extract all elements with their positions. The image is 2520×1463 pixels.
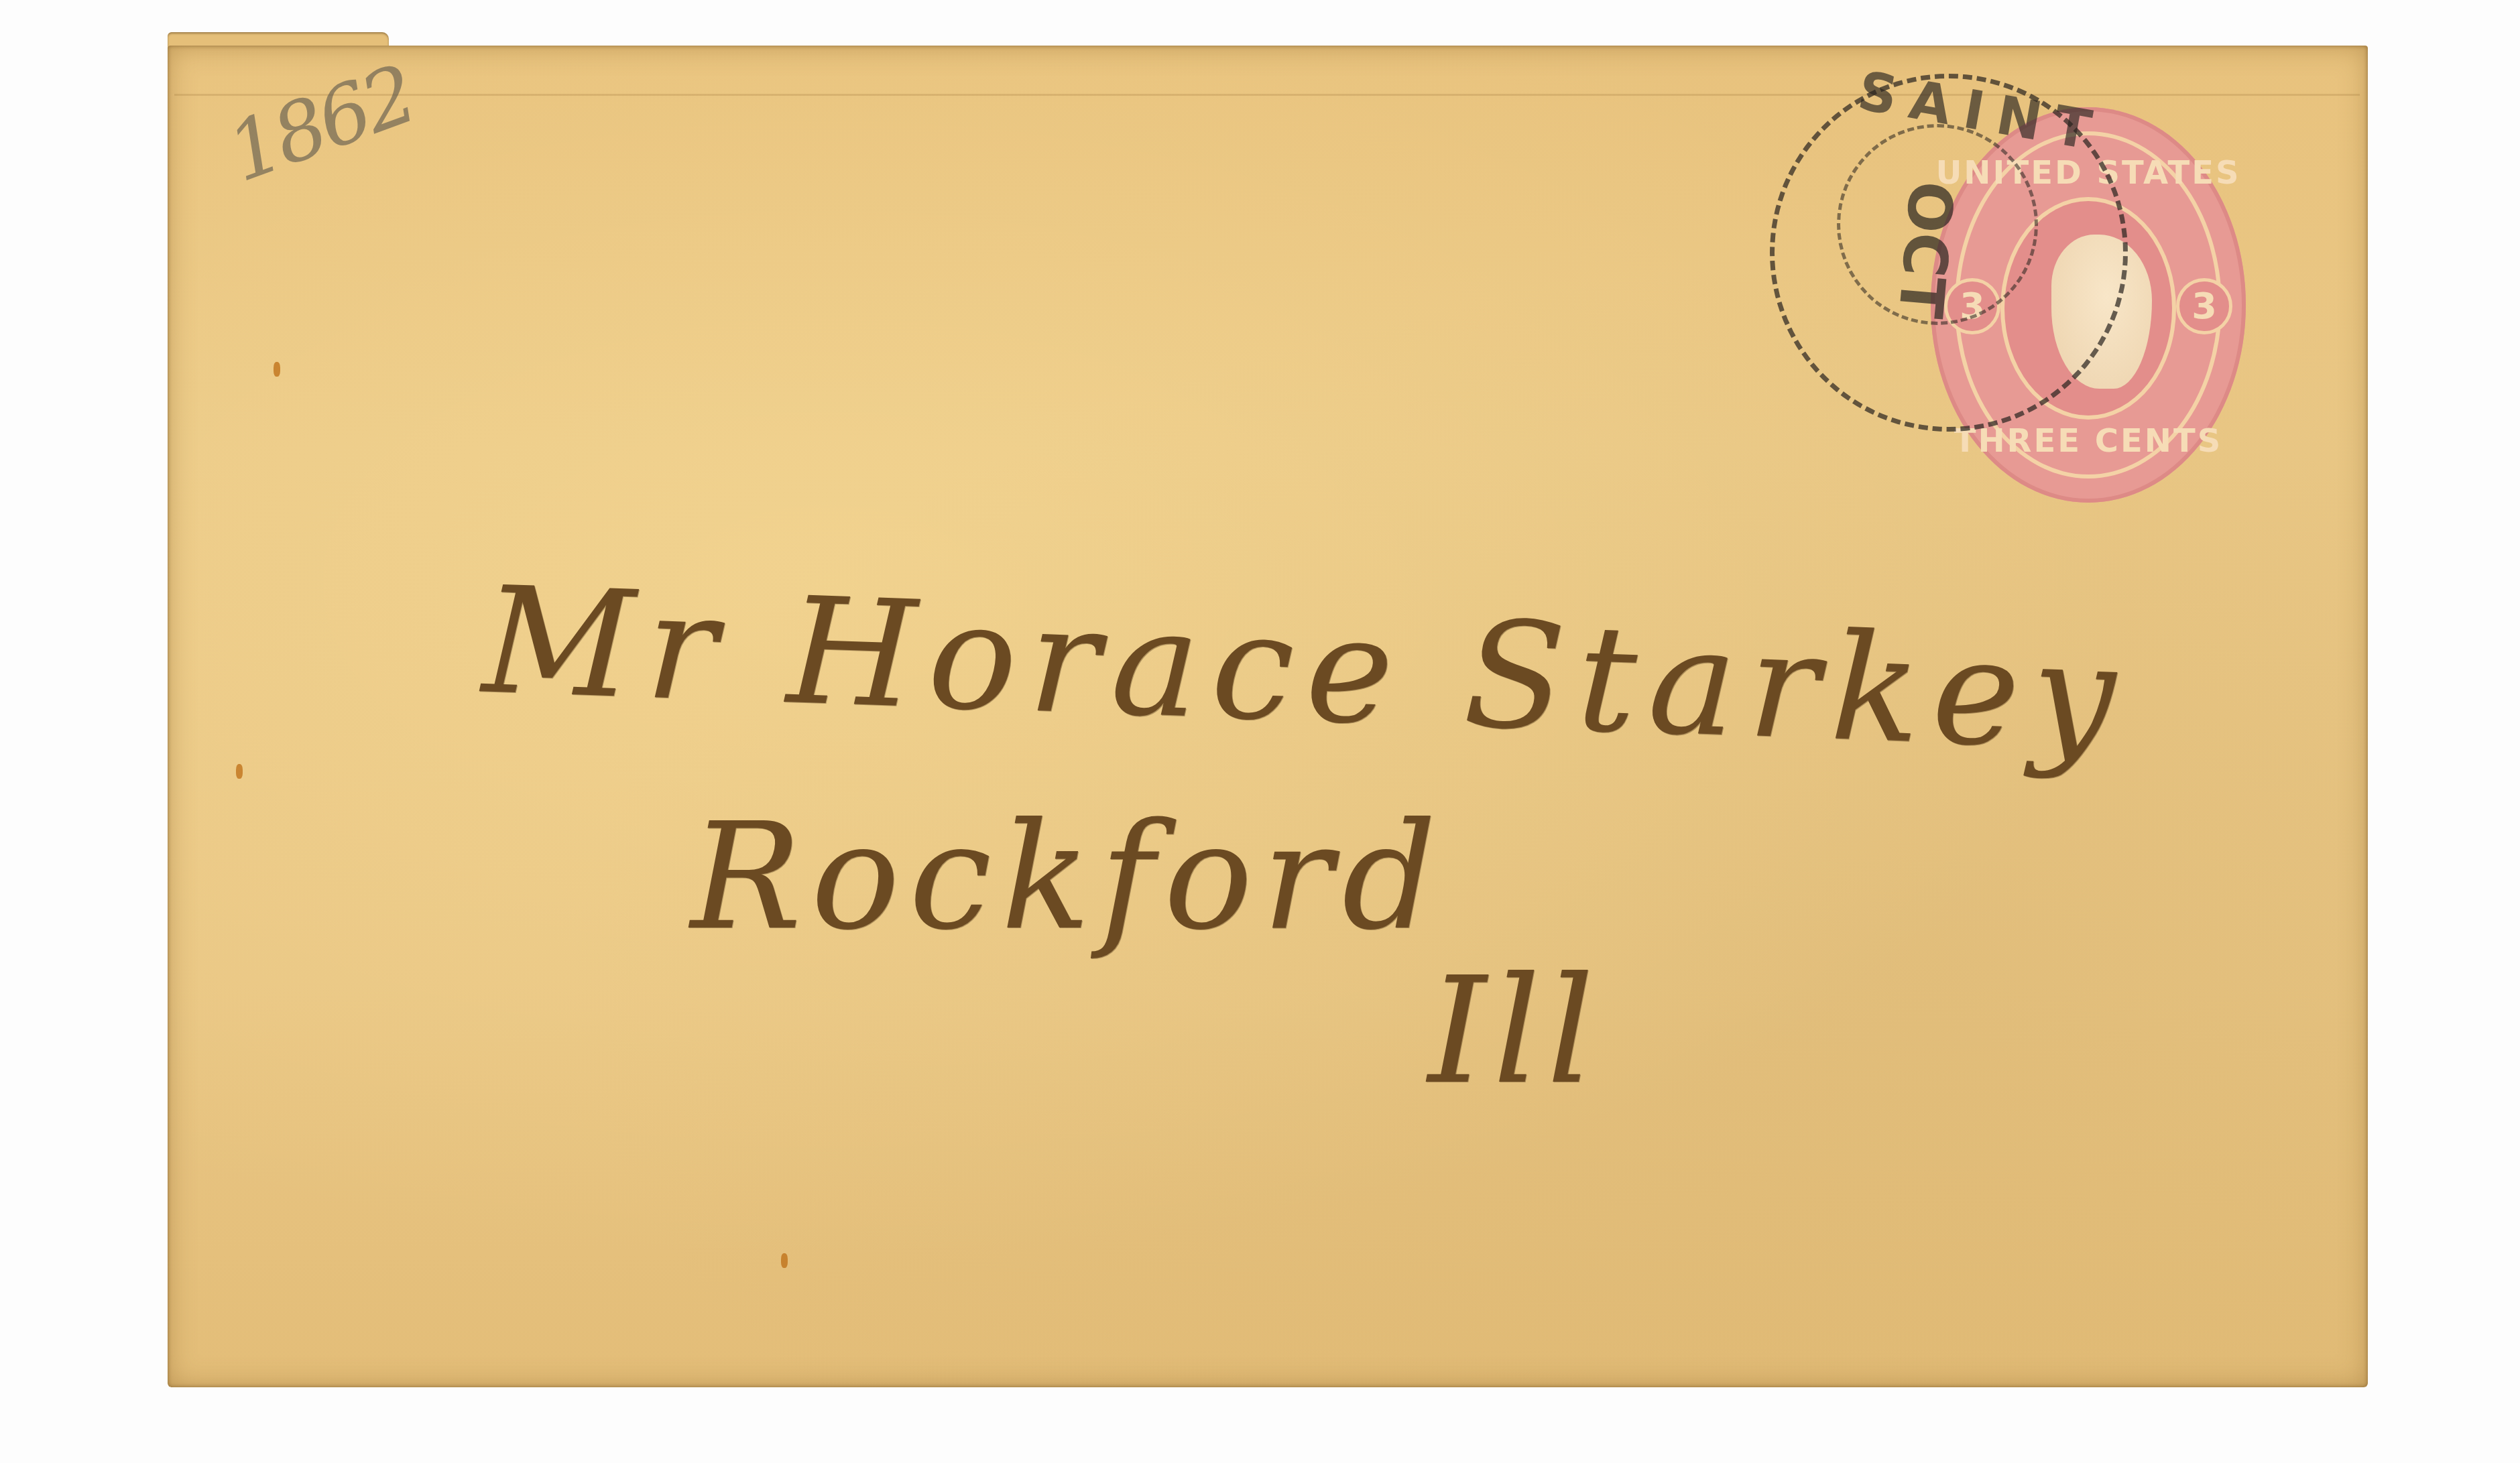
postmark-date: OCT <box>1884 178 1966 320</box>
ink-stain <box>781 1253 788 1268</box>
address-state: Ill <box>1428 945 1601 1117</box>
address-city: Rockford <box>691 791 1446 962</box>
stamp-denomination-right: 3 <box>2176 278 2232 334</box>
ink-stain <box>236 764 243 779</box>
ink-stain <box>274 362 280 377</box>
